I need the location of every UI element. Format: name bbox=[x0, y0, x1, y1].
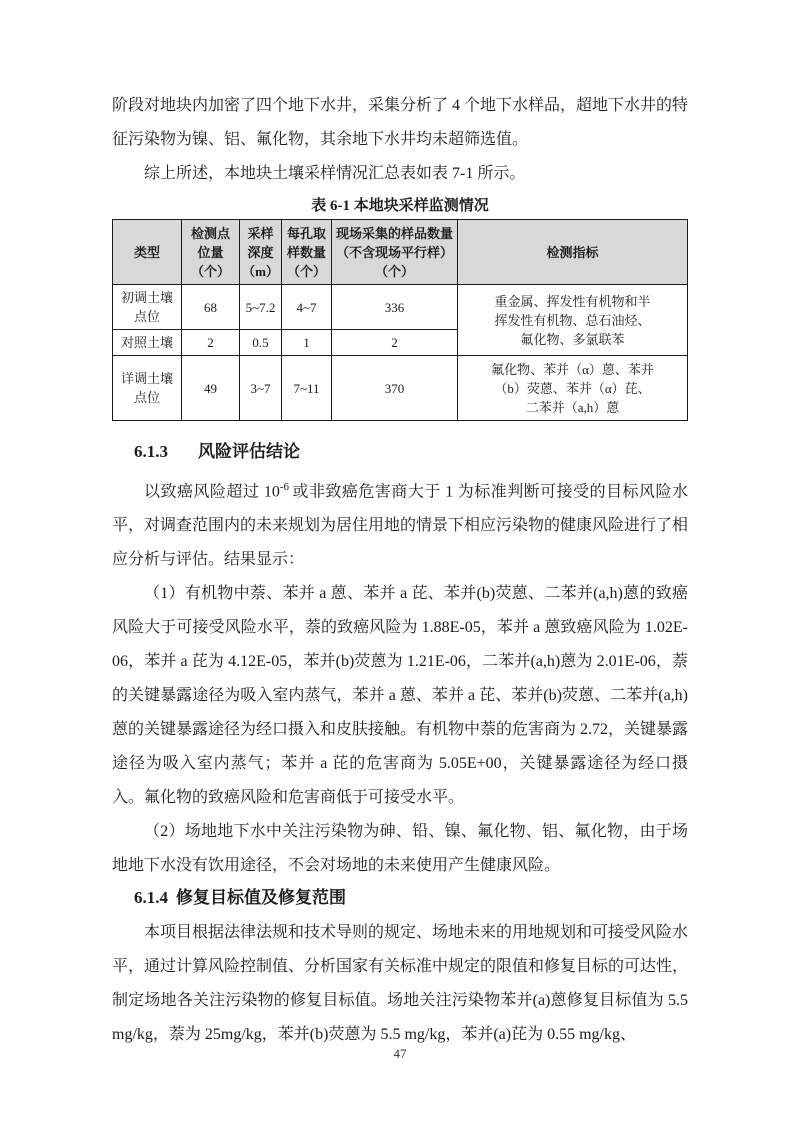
section-title: 修复目标值及修复范围 bbox=[176, 888, 346, 907]
cell-depth: 3~7 bbox=[240, 356, 282, 421]
table-header-row: 类型 检测点 位量 （个） 采样 深度 （m） 每孔取 样数量 （个） 现场采集… bbox=[113, 220, 688, 285]
col-header-depth: 采样 深度 （m） bbox=[240, 220, 282, 285]
cell-type: 对照土壤 bbox=[113, 330, 182, 356]
cell-samples: 2 bbox=[332, 330, 458, 356]
col-header-indicators: 检测指标 bbox=[458, 220, 688, 285]
table-row: 初调土壤 点位 68 5~7.2 4~7 336 重金属、挥发性有机物和半 挥发… bbox=[113, 285, 688, 330]
cell-points: 2 bbox=[182, 330, 240, 356]
cell-per-hole: 4~7 bbox=[282, 285, 332, 330]
cell-points: 49 bbox=[182, 356, 240, 421]
exponent-superscript: -6 bbox=[280, 481, 289, 493]
summary-paragraph: 综上所述，本地块土壤采样情况汇总表如表 7-1 所示。 bbox=[112, 157, 688, 191]
document-page: 阶段对地块内加密了四个地下水井，采集分析了 4 个地下水样品，超地下水井的特征污… bbox=[0, 0, 800, 1131]
cell-type: 详调土壤 点位 bbox=[113, 356, 182, 421]
section-number: 6.1.3 bbox=[134, 442, 168, 461]
table-caption: 表 6-1 本地块采样监测情况 bbox=[112, 195, 688, 217]
risk-criteria-paragraph: 以致癌风险超过 10-6或非致癌危害商大于 1 为标准判断可接受的目标风险水平，… bbox=[112, 470, 688, 577]
cell-points: 68 bbox=[182, 285, 240, 330]
cell-per-hole: 7~11 bbox=[282, 356, 332, 421]
section-number: 6.1.4 bbox=[134, 888, 168, 907]
col-header-points: 检测点 位量 （个） bbox=[182, 220, 240, 285]
cell-indicators: 重金属、挥发性有机物和半 挥发性有机物、总石油烃、 氟化物、多氯联苯 bbox=[458, 285, 688, 356]
cell-samples: 370 bbox=[332, 356, 458, 421]
page-content: 阶段对地块内加密了四个地下水井，采集分析了 4 个地下水样品，超地下水井的特征污… bbox=[112, 89, 688, 1052]
col-header-per-hole: 每孔取 样数量 （个） bbox=[282, 220, 332, 285]
page-number: 47 bbox=[0, 1046, 800, 1062]
cell-depth: 0.5 bbox=[240, 330, 282, 356]
risk-item-2-paragraph: （2）场地地下水中关注污染物为砷、铅、镍、氟化物、铝、氟化物，由于场地地下水没有… bbox=[112, 815, 688, 883]
cell-indicators: 氟化物、苯并（α）蒽、苯并 （b）荧蒽、苯并（α）芘、 二苯并（a,h）蒽 bbox=[458, 356, 688, 421]
section-title: 风险评估结论 bbox=[198, 442, 300, 461]
intro-paragraph: 阶段对地块内加密了四个地下水井，采集分析了 4 个地下水样品，超地下水井的特征污… bbox=[112, 89, 688, 157]
cell-type: 初调土壤 点位 bbox=[113, 285, 182, 330]
section-heading-613: 6.1.3风险评估结论 bbox=[112, 439, 688, 465]
section-heading-614: 6.1.4修复目标值及修复范围 bbox=[112, 885, 688, 911]
cell-per-hole: 1 bbox=[282, 330, 332, 356]
cell-samples: 336 bbox=[332, 285, 458, 330]
table-row: 详调土壤 点位 49 3~7 7~11 370 氟化物、苯并（α）蒽、苯并 （b… bbox=[113, 356, 688, 421]
sampling-monitoring-table: 类型 检测点 位量 （个） 采样 深度 （m） 每孔取 样数量 （个） 现场采集… bbox=[112, 219, 688, 421]
col-header-samples: 现场采集的样品数量 （不含现场平行样） （个） bbox=[332, 220, 458, 285]
risk-criteria-prefix: 以致癌风险超过 10 bbox=[144, 483, 280, 500]
risk-item-1-paragraph: （1）有机物中萘、苯并 a 蒽、苯并 a 芘、苯并(b)荧蒽、二苯并(a,h)蒽… bbox=[112, 577, 688, 815]
col-header-type: 类型 bbox=[113, 220, 182, 285]
cell-depth: 5~7.2 bbox=[240, 285, 282, 330]
remediation-target-paragraph: 本项目根据法律法规和技术导则的规定、场地未来的用地规划和可接受风险水平，通过计算… bbox=[112, 916, 688, 1052]
